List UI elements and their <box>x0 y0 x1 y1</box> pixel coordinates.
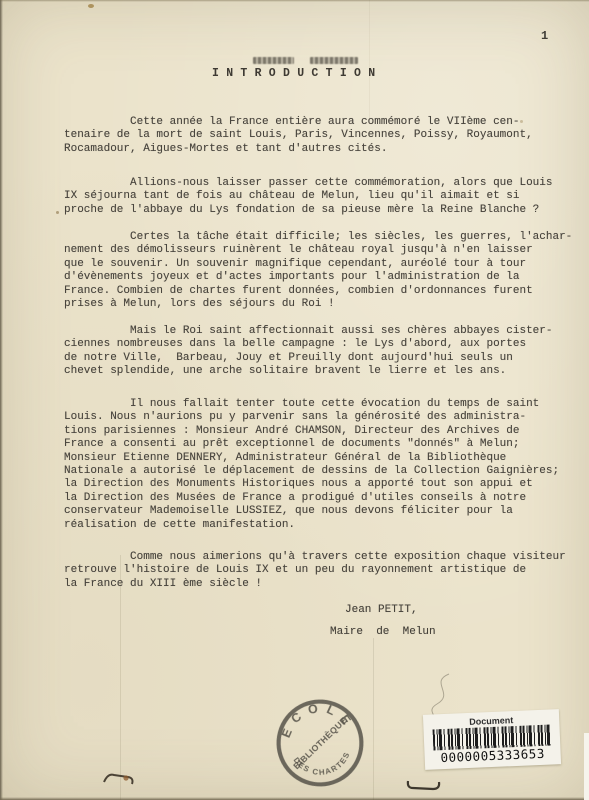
paragraph-3: Certes la tâche était difficile; les siè… <box>64 231 572 311</box>
signature-name: Jean PETIT, <box>345 604 418 616</box>
paper-fold-line <box>369 0 370 120</box>
scanned-document-page: 1 I N T R O D U C T I O N Cette année la… <box>0 0 589 800</box>
paper-stain <box>88 4 94 8</box>
paragraph-4: Mais le Roi saint affectionnait aussi se… <box>64 325 552 379</box>
staple <box>406 775 442 793</box>
paper-fold-line <box>373 638 374 800</box>
next-page-sliver <box>584 733 589 800</box>
struck-out-text <box>253 57 294 64</box>
paragraph-5: Il nous fallait tenter toute cette évoca… <box>64 398 559 532</box>
paper-stain <box>56 211 59 214</box>
scan-edge-left <box>0 0 3 800</box>
page-number: 1 <box>541 29 548 43</box>
paragraph-2: Allions-nous laisser passer cette commém… <box>64 177 552 217</box>
library-stamp: ECOLE DES CHARTES BIBLIOTHÈQUE <box>267 691 373 794</box>
struck-out-text <box>310 57 358 64</box>
signature-role: Maire de Melun <box>330 626 436 638</box>
paragraph-1: Cette année la France entière aura commé… <box>64 116 533 156</box>
barcode-number: 0000005333653 <box>440 746 545 765</box>
paper-fold-line <box>120 555 121 800</box>
staple <box>102 769 136 787</box>
paragraph-6: Comme nous aimerions qu'à travers cette … <box>64 551 566 591</box>
barcode-title: Document <box>469 715 513 727</box>
scan-edge-top <box>0 0 589 2</box>
document-title: I N T R O D U C T I O N <box>212 67 375 80</box>
barcode-label: Document 0000005333653 <box>423 709 561 770</box>
